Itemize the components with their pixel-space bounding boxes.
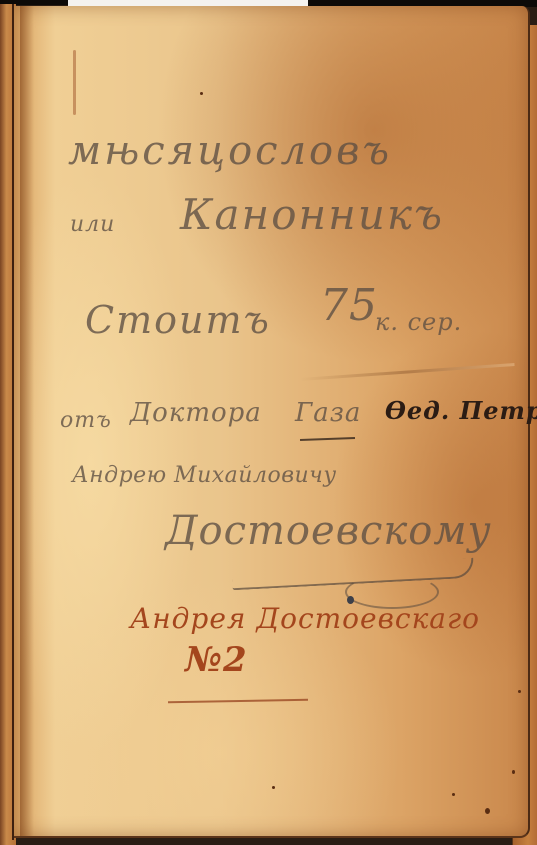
recipient-last-name: Достоевскому [165, 508, 492, 554]
gaz-word: Газа [295, 398, 361, 428]
currency-label: к. сер. [375, 308, 462, 336]
foxing-speck [200, 92, 203, 95]
title-word: мњсяцословъ [68, 128, 392, 174]
foxing-speck [518, 690, 521, 693]
canon-word: Канонникъ [180, 190, 444, 239]
costs-word: Стоитъ [85, 298, 271, 342]
price-value: 75 [320, 280, 378, 331]
number-mark: №2 [185, 640, 248, 680]
stain-mark [73, 50, 76, 115]
owner-inscription: Андрея Достоевскаго [130, 602, 480, 635]
foxing-speck [485, 808, 490, 814]
foxing-speck [272, 786, 275, 789]
recipient-first-name: Андрею Михайловичу [72, 463, 337, 488]
document-photo: мњсяцословъ или Канонникъ Стоитъ 75 к. с… [0, 0, 537, 845]
from-word: отъ [60, 408, 112, 433]
foxing-speck [512, 770, 515, 774]
doctor-word: Доктора [130, 398, 262, 428]
or-word: или [70, 212, 115, 237]
ink-note: Өед. Петр. [385, 396, 537, 425]
page-shadow [20, 6, 34, 836]
foxing-speck [452, 793, 455, 796]
